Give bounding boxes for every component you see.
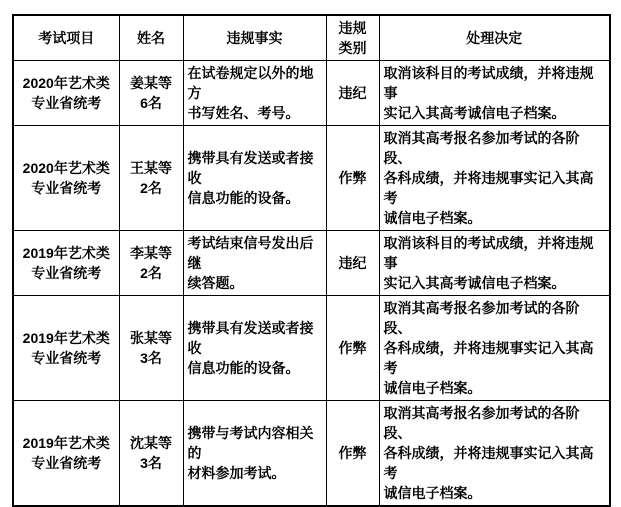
cell-violation-category: 作弊 <box>326 126 379 231</box>
cell-exam-item: 2019年艺术类 专业省统考 <box>13 401 119 507</box>
cell-violation-fact: 在试卷规定以外的地方 书写姓名、考号。 <box>183 61 326 126</box>
cell-name: 王某等 2名 <box>119 126 183 231</box>
header-decision: 处理决定 <box>379 15 610 61</box>
table-row: 2019年艺术类 专业省统考 张某等 3名 携带具有发送或者接收 信息功能的设备… <box>13 296 610 401</box>
cell-name: 李某等 2名 <box>119 231 183 296</box>
cell-decision: 取消该科目的考试成绩，并将违规事 实记入其高考诚信电子档案。 <box>379 61 610 126</box>
cell-exam-item: 2020年艺术类 专业省统考 <box>13 126 119 231</box>
cell-violation-category: 作弊 <box>326 401 379 507</box>
cell-violation-category: 违纪 <box>326 61 379 126</box>
violation-table-container: 考试项目 姓名 违规事实 违规 类别 处理决定 2020年艺术类 专业省统考 姜… <box>12 14 611 507</box>
cell-exam-item: 2019年艺术类 专业省统考 <box>13 296 119 401</box>
cell-violation-fact: 携带具有发送或者接收 信息功能的设备。 <box>183 296 326 401</box>
table-row: 2020年艺术类 专业省统考 姜某等 6名 在试卷规定以外的地方 书写姓名、考号… <box>13 61 610 126</box>
table-row: 2019年艺术类 专业省统考 李某等 2名 考试结束信号发出后继 续答题。 违纪… <box>13 231 610 296</box>
table-row: 2019年艺术类 专业省统考 沈某等 3名 携带与考试内容相关的 材料参加考试。… <box>13 401 610 507</box>
cell-violation-fact: 考试结束信号发出后继 续答题。 <box>183 231 326 296</box>
cell-violation-category: 作弊 <box>326 296 379 401</box>
cell-violation-fact: 携带与考试内容相关的 材料参加考试。 <box>183 401 326 507</box>
table-header-row: 考试项目 姓名 违规事实 违规 类别 处理决定 <box>13 15 610 61</box>
cell-decision: 取消其高考报名参加考试的各阶段、 各科成绩，并将违规事实记入其高考 诚信电子档案… <box>379 401 610 507</box>
cell-name: 沈某等 3名 <box>119 401 183 507</box>
cell-decision: 取消其高考报名参加考试的各阶段、 各科成绩，并将违规事实记入其高考 诚信电子档案… <box>379 296 610 401</box>
header-violation-category: 违规 类别 <box>326 15 379 61</box>
cell-violation-category: 违纪 <box>326 231 379 296</box>
cell-decision: 取消该科目的考试成绩，并将违规事 实记入其高考诚信电子档案。 <box>379 231 610 296</box>
cell-name: 张某等 3名 <box>119 296 183 401</box>
cell-exam-item: 2019年艺术类 专业省统考 <box>13 231 119 296</box>
table-row: 2020年艺术类 专业省统考 王某等 2名 携带具有发送或者接收 信息功能的设备… <box>13 126 610 231</box>
header-exam-item: 考试项目 <box>13 15 119 61</box>
cell-violation-fact: 携带具有发送或者接收 信息功能的设备。 <box>183 126 326 231</box>
header-violation-fact: 违规事实 <box>183 15 326 61</box>
header-name: 姓名 <box>119 15 183 61</box>
cell-decision: 取消其高考报名参加考试的各阶段、 各科成绩，并将违规事实记入其高考 诚信电子档案… <box>379 126 610 231</box>
cell-exam-item: 2020年艺术类 专业省统考 <box>13 61 119 126</box>
exam-violation-table: 考试项目 姓名 违规事实 违规 类别 处理决定 2020年艺术类 专业省统考 姜… <box>12 14 611 507</box>
cell-name: 姜某等 6名 <box>119 61 183 126</box>
